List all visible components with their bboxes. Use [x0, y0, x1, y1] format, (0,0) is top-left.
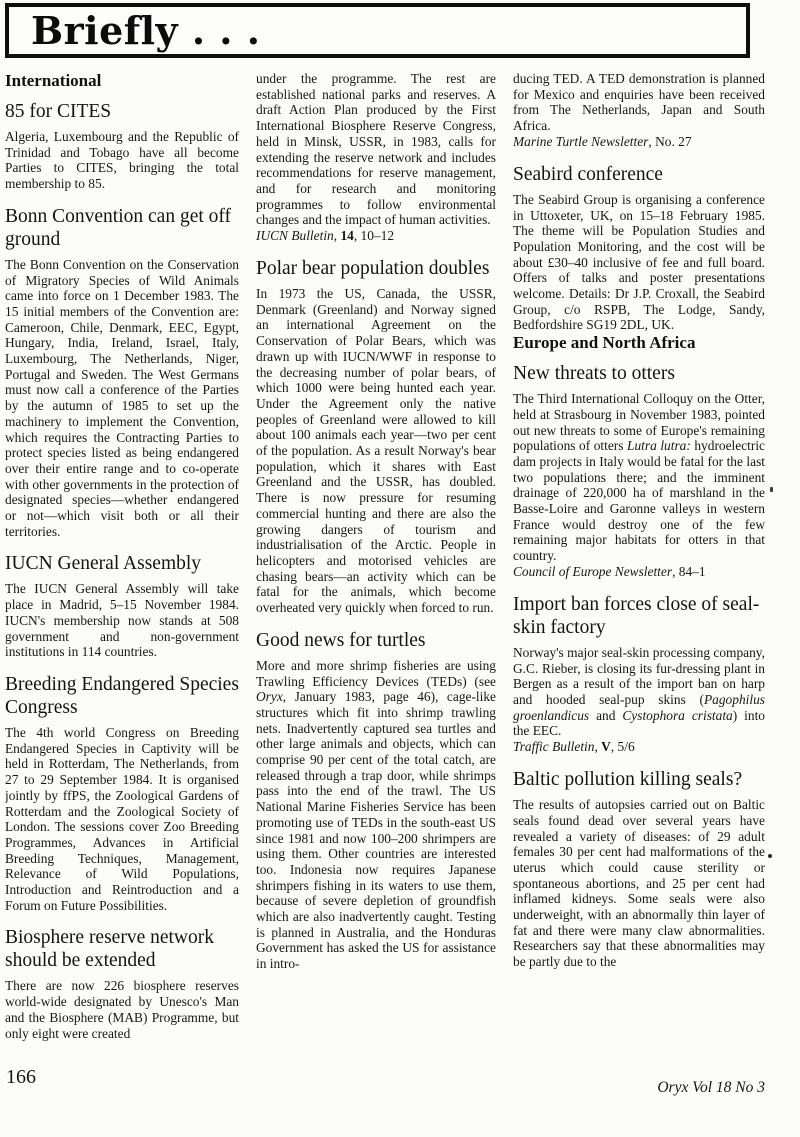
- article-body: The IUCN General Assembly will take plac…: [5, 581, 239, 660]
- article-85-for-cites: 85 for CITES Algeria, Luxembourg and the…: [5, 100, 239, 192]
- masthead-title: Briefly . . .: [31, 11, 261, 51]
- column-3: ducing TED. A TED demonstration is plann…: [513, 71, 765, 1085]
- article-new-threats-to-otters: New threats to otters The Third Internat…: [513, 362, 765, 580]
- column-2: under the programme. The rest are establ…: [256, 71, 496, 1085]
- article-body: The 4th world Congress on Breeding Endan…: [5, 725, 239, 913]
- article-body: under the programme. The rest are establ…: [256, 71, 496, 228]
- article-body: Algeria, Luxembourg and the Republic of …: [5, 129, 239, 192]
- article-breeding-endangered-species-congress: Breeding Endangered Species Congress The…: [5, 673, 239, 913]
- article-iucn-general-assembly: IUCN General Assembly The IUCN General A…: [5, 552, 239, 660]
- article-biosphere-continuation: under the programme. The rest are establ…: [256, 71, 496, 244]
- article-body: The Third International Colloquy on the …: [513, 391, 765, 564]
- article-title: Polar bear population doubles: [256, 257, 496, 280]
- article-body: ducing TED. A TED demonstration is plann…: [513, 71, 765, 134]
- article-title: 85 for CITES: [5, 100, 239, 123]
- article-biosphere-reserve-network: Biosphere reserve network should be exte…: [5, 926, 239, 1041]
- journal-ref: Oryx Vol 18 No 3: [657, 1079, 765, 1097]
- column-1: International 85 for CITES Algeria, Luxe…: [5, 71, 239, 1085]
- citation: Traffic Bulletin, V, 5/6: [513, 739, 765, 755]
- article-body: The Seabird Group is organising a confer…: [513, 192, 765, 333]
- article-title: New threats to otters: [513, 362, 765, 385]
- article-baltic-pollution-killing-seals: Baltic pollution killing seals? The resu…: [513, 768, 765, 970]
- article-title: Biosphere reserve network should be exte…: [5, 926, 239, 972]
- article-title: Good news for turtles: [256, 629, 496, 652]
- article-import-ban-seal-skin-factory: Import ban forces close of seal-skin fac…: [513, 593, 765, 755]
- citation: IUCN Bulletin, 14, 10–12: [256, 228, 496, 244]
- article-body: Norway's major seal-skin processing comp…: [513, 645, 765, 739]
- citation: Council of Europe Newsletter, 84–1: [513, 564, 765, 580]
- section-heading-international: International: [5, 71, 239, 91]
- article-body: There are now 226 biosphere reserves wor…: [5, 978, 239, 1041]
- article-body: The Bonn Convention on the Conservation …: [5, 257, 239, 540]
- article-turtles-continuation: ducing TED. A TED demonstration is plann…: [513, 71, 765, 150]
- article-title: IUCN General Assembly: [5, 552, 239, 575]
- article-bonn-convention: Bonn Convention can get off ground The B…: [5, 205, 239, 540]
- article-title: Import ban forces close of seal-skin fac…: [513, 593, 765, 639]
- article-title: Bonn Convention can get off ground: [5, 205, 239, 251]
- article-good-news-for-turtles: Good news for turtles More and more shri…: [256, 629, 496, 972]
- citation: Marine Turtle Newsletter, No. 27: [513, 134, 765, 150]
- article-seabird-conference: Seabird conference The Seabird Group is …: [513, 163, 765, 333]
- page-columns: International 85 for CITES Algeria, Luxe…: [5, 71, 765, 1085]
- article-polar-bear-population-doubles: Polar bear population doubles In 1973 th…: [256, 257, 496, 616]
- article-body: In 1973 the US, Canada, the USSR, Denmar…: [256, 286, 496, 616]
- article-title: Breeding Endangered Species Congress: [5, 673, 239, 719]
- page-number: 166: [6, 1066, 36, 1089]
- article-body: More and more shrimp fisheries are using…: [256, 658, 496, 972]
- section-heading-europe-north-africa: Europe and North Africa: [513, 333, 765, 353]
- article-body: The results of autopsies carried out on …: [513, 797, 765, 970]
- masthead-box: Briefly . . .: [5, 3, 750, 58]
- scan-artifact-speck: [770, 487, 773, 492]
- scan-artifact-dot: [768, 854, 772, 858]
- article-title: Seabird conference: [513, 163, 765, 186]
- article-title: Baltic pollution killing seals?: [513, 768, 765, 791]
